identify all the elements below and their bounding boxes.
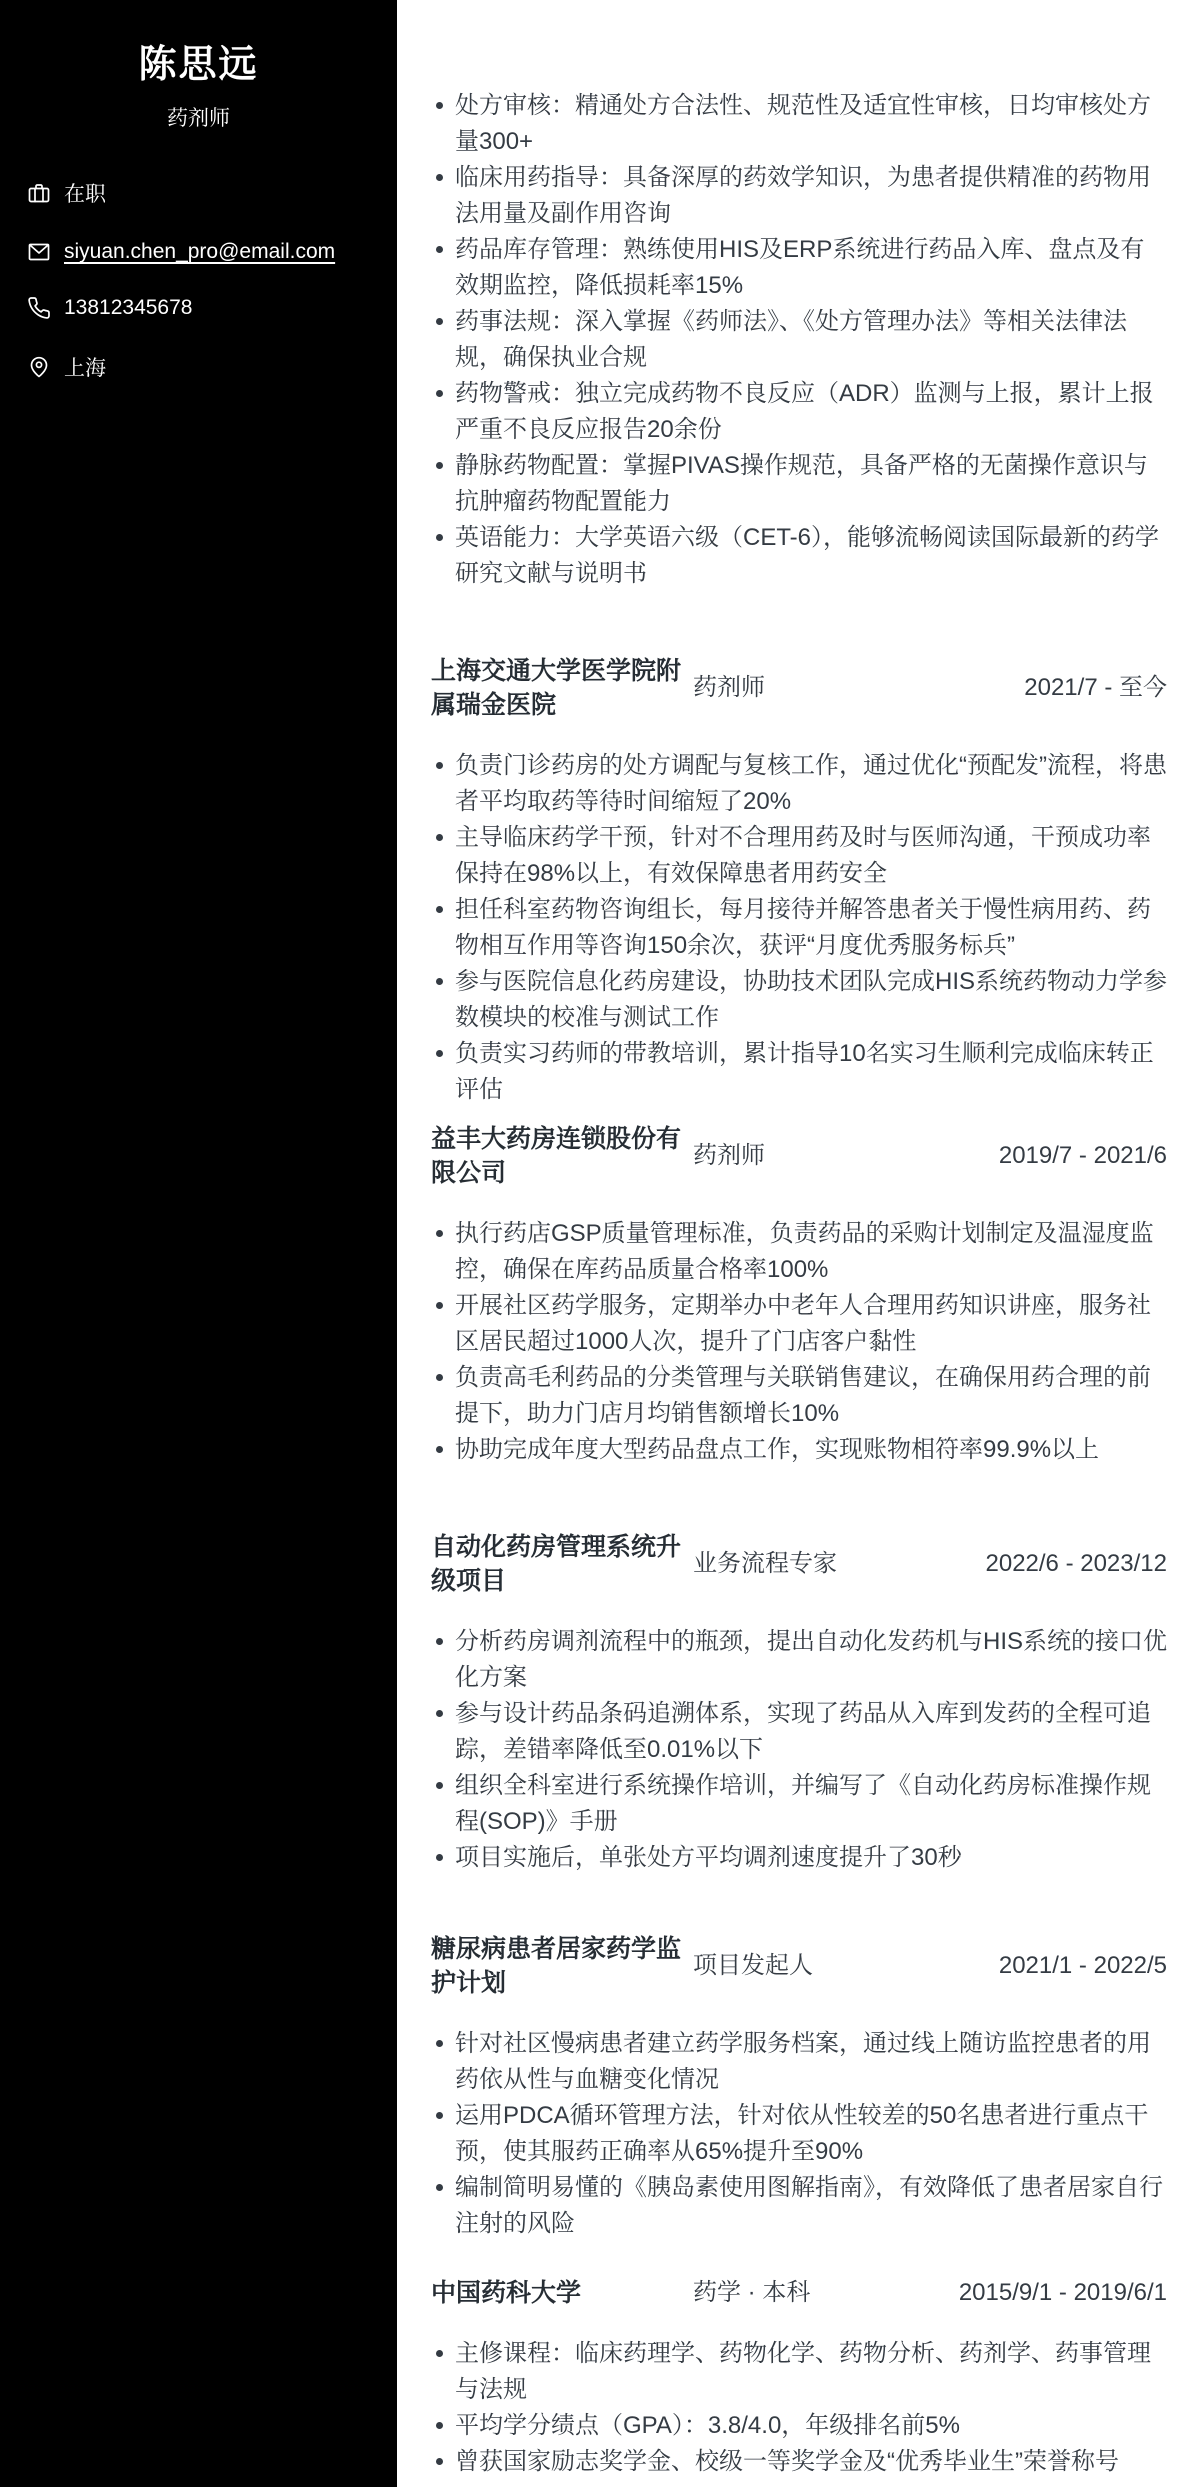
project-entry: 自动化药房管理系统升级项目 业务流程专家 2022/6 - 2023/12 分析… bbox=[431, 1530, 1167, 1876]
entry-bullet: 针对社区慢病患者建立药学服务档案，通过线上随访监控患者的用药依从性与血糖变化情况 bbox=[431, 2026, 1167, 2098]
skill-bullet: 药品库存管理：熟练使用HIS及ERP系统进行药品入库、盘点及有效期监控，降低损耗… bbox=[431, 232, 1167, 304]
entry-header: 益丰大药房连锁股份有限公司 药剂师 2019/7 - 2021/6 bbox=[431, 1122, 1167, 1190]
location-icon bbox=[27, 355, 51, 379]
entry-header: 糖尿病患者居家药学监护计划 项目发起人 2021/1 - 2022/5 bbox=[431, 1932, 1167, 2000]
email-icon bbox=[27, 240, 51, 264]
entry-bullet: 平均学分绩点（GPA）：3.8/4.0，年级排名前5% bbox=[431, 2408, 1167, 2444]
entry-bullet: 运用PDCA循环管理方法，针对依从性较差的50名患者进行重点干预，使其服药正确率… bbox=[431, 2098, 1167, 2170]
organization-name: 上海交通大学医学院附属瑞金医院 bbox=[431, 654, 693, 722]
contact-label: 在职 bbox=[64, 178, 106, 208]
experience-entry: 上海交通大学医学院附属瑞金医院 药剂师 2021/7 - 至今 负责门诊药房的处… bbox=[431, 654, 1167, 1108]
entry-bullet: 主导临床药学干预，针对不合理用药及时与医师沟通，干预成功率保持在98%以上，有效… bbox=[431, 820, 1167, 892]
entry-bullet: 参与医院信息化药房建设，协助技术团队完成HIS系统药物动力学参数模块的校准与测试… bbox=[431, 964, 1167, 1036]
skill-bullet: 药物警戒：独立完成药物不良反应（ADR）监测与上报，累计上报严重不良反应报告20… bbox=[431, 376, 1167, 448]
date-range: 2019/7 - 2021/6 bbox=[999, 1140, 1167, 1172]
degree-label: 药学 · 本科 bbox=[693, 2277, 810, 2309]
contact-label: siyuan.chen_pro@email.com bbox=[64, 240, 335, 264]
project-name: 糖尿病患者居家药学监护计划 bbox=[431, 1932, 693, 2000]
entry-bullet: 参与设计药品条码追溯体系，实现了药品从入库到发药的全程可追踪，差错率降低至0.0… bbox=[431, 1696, 1167, 1768]
entry-bullet: 项目实施后，单张处方平均调剂速度提升了30秒 bbox=[431, 1840, 1167, 1876]
resume-page: 陈思远 药剂师 在职 siyuan.chen_pro@email.com 138… bbox=[0, 0, 1191, 2487]
entry-bullet: 开展社区药学服务，定期举办中老年人合理用药知识讲座，服务社区居民超过1000人次… bbox=[431, 1288, 1167, 1360]
school-name: 中国药科大学 bbox=[431, 2276, 693, 2310]
project-entry: 糖尿病患者居家药学监护计划 项目发起人 2021/1 - 2022/5 针对社区… bbox=[431, 1932, 1167, 2242]
experience-section: 上海交通大学医学院附属瑞金医院 药剂师 2021/7 - 至今 负责门诊药房的处… bbox=[431, 654, 1167, 1468]
skill-bullet: 英语能力：大学英语六级（CET-6），能够流畅阅读国际最新的药学研究文献与说明书 bbox=[431, 520, 1167, 592]
entry-bullet-list: 执行药店GSP质量管理标准，负责药品的采购计划制定及温湿度监控，确保在库药品质量… bbox=[431, 1216, 1167, 1468]
education-section: 中国药科大学 药学 · 本科 2015/9/1 - 2019/6/1 主修课程：… bbox=[431, 2276, 1167, 2480]
date-range: 2022/6 - 2023/12 bbox=[986, 1548, 1168, 1580]
person-name: 陈思远 bbox=[0, 42, 397, 88]
entry-bullet: 协助完成年度大型药品盘点工作，实现账物相符率99.9%以上 bbox=[431, 1432, 1167, 1468]
date-range: 2021/1 - 2022/5 bbox=[999, 1950, 1167, 1982]
role-label: 业务流程专家 bbox=[693, 1548, 837, 1580]
projects-section: 自动化药房管理系统升级项目 业务流程专家 2022/6 - 2023/12 分析… bbox=[431, 1530, 1167, 2242]
main-content: 处方审核：精通处方合法性、规范性及适宜性审核，日均审核处方量300+临床用药指导… bbox=[397, 0, 1191, 2487]
sidebar: 陈思远 药剂师 在职 siyuan.chen_pro@email.com 138… bbox=[0, 0, 397, 2487]
date-range: 2015/9/1 - 2019/6/1 bbox=[959, 2277, 1167, 2309]
skill-bullet: 临床用药指导：具备深厚的药效学知识，为患者提供精准的药物用法用量及副作用咨询 bbox=[431, 160, 1167, 232]
phone-icon bbox=[27, 296, 51, 320]
contact-label: 13812345678 bbox=[64, 296, 192, 320]
briefcase-icon bbox=[27, 181, 51, 205]
entry-bullet: 执行药店GSP质量管理标准，负责药品的采购计划制定及温湿度监控，确保在库药品质量… bbox=[431, 1216, 1167, 1288]
organization-name: 益丰大药房连锁股份有限公司 bbox=[431, 1122, 693, 1190]
project-name: 自动化药房管理系统升级项目 bbox=[431, 1530, 693, 1598]
entry-bullet-list: 主修课程：临床药理学、药物化学、药物分析、药剂学、药事管理与法规平均学分绩点（G… bbox=[431, 2336, 1167, 2480]
entry-header: 中国药科大学 药学 · 本科 2015/9/1 - 2019/6/1 bbox=[431, 2276, 1167, 2310]
entry-bullet: 曾获国家励志奖学金、校级一等奖学金及“优秀毕业生”荣誉称号 bbox=[431, 2444, 1167, 2480]
entry-bullet-list: 针对社区慢病患者建立药学服务档案，通过线上随访监控患者的用药依从性与血糖变化情况… bbox=[431, 2026, 1167, 2242]
contact-item: 上海 bbox=[27, 352, 397, 382]
role-label: 药剂师 bbox=[693, 1140, 765, 1172]
experience-entry: 益丰大药房连锁股份有限公司 药剂师 2019/7 - 2021/6 执行药店GS… bbox=[431, 1122, 1167, 1468]
skill-bullet: 药事法规：深入掌握《药师法》、《处方管理办法》等相关法律法规，确保执业合规 bbox=[431, 304, 1167, 376]
entry-bullet: 编制简明易懂的《胰岛素使用图解指南》，有效降低了患者居家自行注射的风险 bbox=[431, 2170, 1167, 2242]
person-job-title: 药剂师 bbox=[0, 105, 397, 132]
entry-bullet: 负责实习药师的带教培训，累计指导10名实习生顺利完成临床转正评估 bbox=[431, 1036, 1167, 1108]
entry-bullet: 主修课程：临床药理学、药物化学、药物分析、药剂学、药事管理与法规 bbox=[431, 2336, 1167, 2408]
entry-header: 自动化药房管理系统升级项目 业务流程专家 2022/6 - 2023/12 bbox=[431, 1530, 1167, 1598]
skill-bullet: 静脉药物配置：掌握PIVAS操作规范，具备严格的无菌操作意识与抗肿瘤药物配置能力 bbox=[431, 448, 1167, 520]
entry-bullet: 组织全科室进行系统操作培训，并编写了《自动化药房标准操作规程(SOP)》手册 bbox=[431, 1768, 1167, 1840]
entry-bullet-list: 分析药房调剂流程中的瓶颈，提出自动化发药机与HIS系统的接口优化方案参与设计药品… bbox=[431, 1624, 1167, 1876]
email-link[interactable]: siyuan.chen_pro@email.com bbox=[27, 240, 397, 264]
entry-bullet: 分析药房调剂流程中的瓶颈，提出自动化发药机与HIS系统的接口优化方案 bbox=[431, 1624, 1167, 1696]
entry-bullet: 担任科室药物咨询组长，每月接待并解答患者关于慢性病用药、药物相互作用等咨询150… bbox=[431, 892, 1167, 964]
role-label: 项目发起人 bbox=[693, 1950, 813, 1982]
entry-bullet: 负责高毛利药品的分类管理与关联销售建议，在确保用药合理的前提下，助力门店月均销售… bbox=[431, 1360, 1167, 1432]
role-label: 药剂师 bbox=[693, 672, 765, 704]
education-entry: 中国药科大学 药学 · 本科 2015/9/1 - 2019/6/1 主修课程：… bbox=[431, 2276, 1167, 2480]
entry-bullet-list: 负责门诊药房的处方调配与复核工作，通过优化“预配发”流程，将患者平均取药等待时间… bbox=[431, 748, 1167, 1108]
skill-bullet: 处方审核：精通处方合法性、规范性及适宜性审核，日均审核处方量300+ bbox=[431, 88, 1167, 160]
skills-list: 处方审核：精通处方合法性、规范性及适宜性审核，日均审核处方量300+临床用药指导… bbox=[431, 88, 1167, 592]
contact-item: 在职 bbox=[27, 178, 397, 208]
contact-label: 上海 bbox=[64, 352, 106, 382]
date-range: 2021/7 - 至今 bbox=[1024, 672, 1167, 704]
contact-list: 在职 siyuan.chen_pro@email.com 13812345678… bbox=[0, 178, 397, 382]
entry-bullet: 负责门诊药房的处方调配与复核工作，通过优化“预配发”流程，将患者平均取药等待时间… bbox=[431, 748, 1167, 820]
contact-item: 13812345678 bbox=[27, 296, 397, 320]
entry-header: 上海交通大学医学院附属瑞金医院 药剂师 2021/7 - 至今 bbox=[431, 654, 1167, 722]
